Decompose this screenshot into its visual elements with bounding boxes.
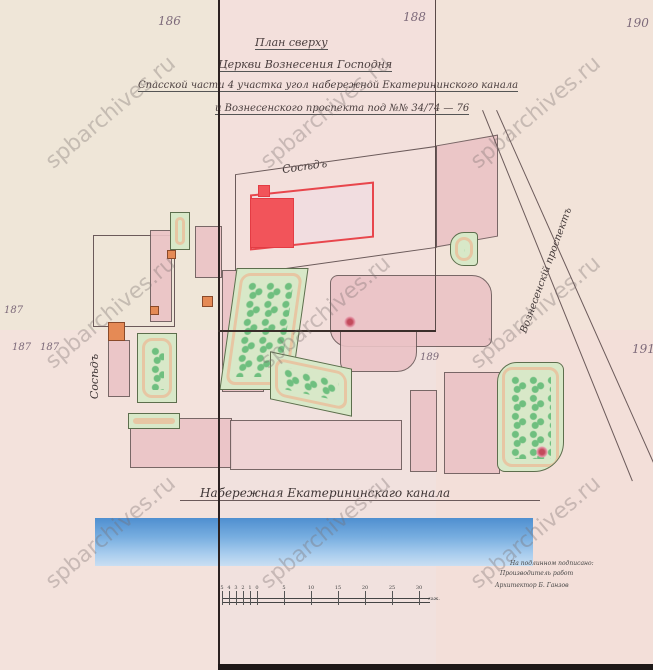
folio-number: 191 [632, 342, 653, 356]
scale-bar: 5 4 3 2 1 0 5 10 15 20 25 30 саж. [222, 598, 430, 603]
folio-number: 190 [626, 16, 649, 30]
garden [170, 212, 190, 250]
highlighted-building-red [250, 198, 294, 248]
scale-label: 20 [362, 585, 368, 591]
scale-label: 10 [308, 585, 314, 591]
folio-number: 188 [403, 10, 426, 24]
highlighted-annex-red [258, 185, 270, 197]
scale-label: 30 [416, 585, 422, 591]
scale-label: 25 [389, 585, 395, 591]
garden [128, 413, 180, 429]
folio-number: 186 [158, 14, 181, 28]
scale-unit: саж. [428, 596, 440, 602]
annotation-line: На подлинном подписано: [510, 560, 594, 567]
outbuilding [150, 306, 159, 315]
annotation-line: Архитектор Б. Ганзов [495, 582, 569, 589]
rosette-icon [344, 316, 356, 328]
canal-water [95, 518, 533, 566]
embankment-line [180, 500, 540, 501]
folio-number: 187 [12, 342, 31, 353]
sheet-seam [435, 0, 436, 330]
folio-number: 187 [4, 305, 23, 316]
scale-label: 2 [241, 585, 244, 591]
building [444, 372, 500, 474]
scale-label: 1 [248, 585, 251, 591]
building [230, 420, 402, 470]
outbuilding [108, 322, 125, 341]
building [108, 340, 130, 397]
scale-label: 5 [220, 585, 223, 591]
scale-label: 15 [335, 585, 341, 591]
annotation-line: Производитель работ [500, 570, 573, 577]
plan-title-line-2: Спасской части 4 участка угол набережной… [138, 80, 518, 92]
folio-number: 189 [420, 352, 439, 363]
sheet-seam [218, 0, 220, 670]
outbuilding [167, 250, 176, 259]
outbuilding [202, 296, 213, 307]
scale-label: 3 [234, 585, 237, 591]
rosette-icon [536, 446, 548, 458]
building [410, 390, 437, 472]
sheet-seam [218, 330, 436, 332]
scale-label: 5 [282, 585, 285, 591]
plan-heading: План сверху [255, 36, 328, 50]
garden [450, 232, 478, 266]
street-label-neighbor-left: Сосѣдъ [88, 354, 101, 399]
plan-title-line-3: и Вознесенского проспекта под №№ 34/74 —… [215, 103, 469, 115]
plan-title-line-1: Церкви Вознесения Господня [218, 58, 392, 72]
scale-label: 4 [227, 585, 230, 591]
street-label-canal-embankment: Набережная Екатерининскаго канала [200, 486, 450, 501]
folio-number: 187 [40, 342, 59, 353]
scale-label: 0 [255, 585, 258, 591]
garden [137, 333, 177, 403]
sheet-seam [218, 664, 653, 670]
building [436, 135, 498, 248]
church-apse [340, 330, 417, 372]
corner-garden [497, 362, 564, 472]
